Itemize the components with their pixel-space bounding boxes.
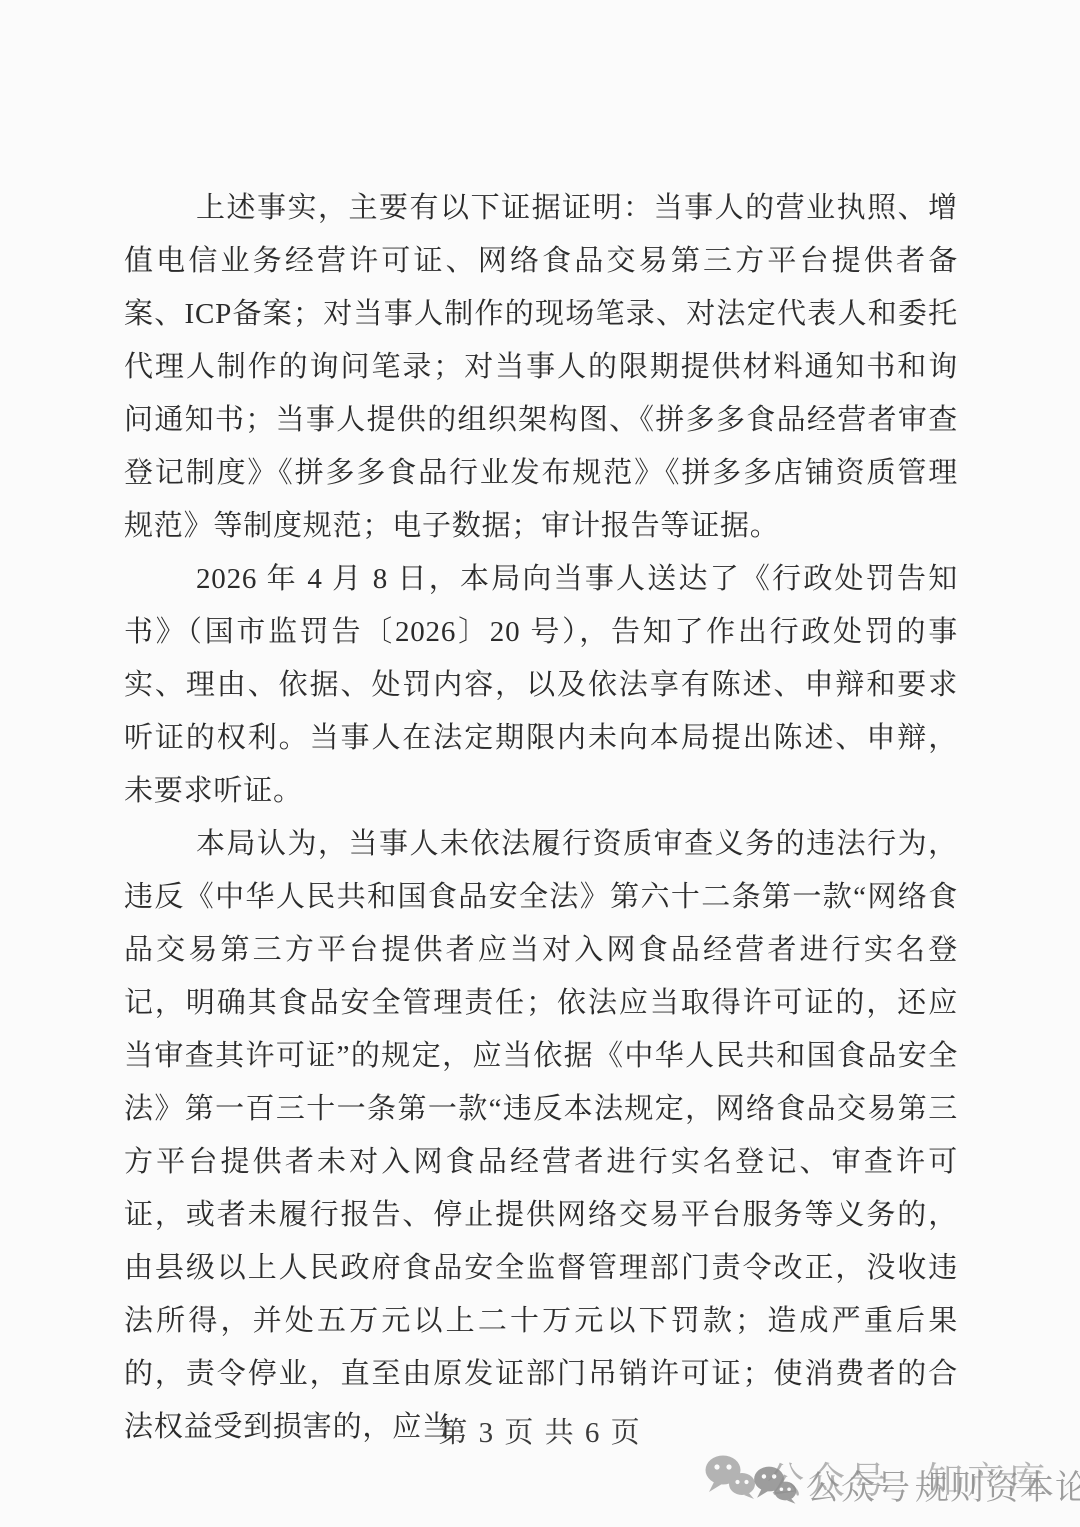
watermark-prefix: 公众号	[806, 1460, 911, 1509]
wechat-icon	[752, 1465, 798, 1505]
watermark-prefix: 公众号	[767, 1450, 890, 1504]
paragraph: 上述事实，主要有以下证据证明：当事人的营业执照、增值电信业务经营许可证、网络食品…	[124, 182, 958, 553]
watermark-zhichanku: 公众号 知产库	[703, 1450, 1049, 1504]
paragraph: 本局认为，当事人未依法履行资质审查义务的违法行为，违反《中华人民共和国食品安全法…	[124, 818, 958, 1454]
paragraph: 2026 年 4 月 8 日，本局向当事人送达了《行政处罚告知书》（国市监罚告〔…	[124, 553, 958, 818]
watermark-rules-capital: 公众号 规则资本论	[752, 1460, 1080, 1509]
page-footer: 第 3 页 共 6 页	[0, 1410, 1080, 1451]
watermark-account-name: 规则资本论	[915, 1460, 1080, 1509]
document-body: 上述事实，主要有以下证据证明：当事人的营业执照、增值电信业务经营许可证、网络食品…	[124, 182, 958, 1454]
watermark-account-name: 知产库	[926, 1450, 1049, 1504]
wechat-icon	[703, 1454, 757, 1500]
document-page: 上述事实，主要有以下证据证明：当事人的营业执照、增值电信业务经营许可证、网络食品…	[0, 0, 1080, 1527]
